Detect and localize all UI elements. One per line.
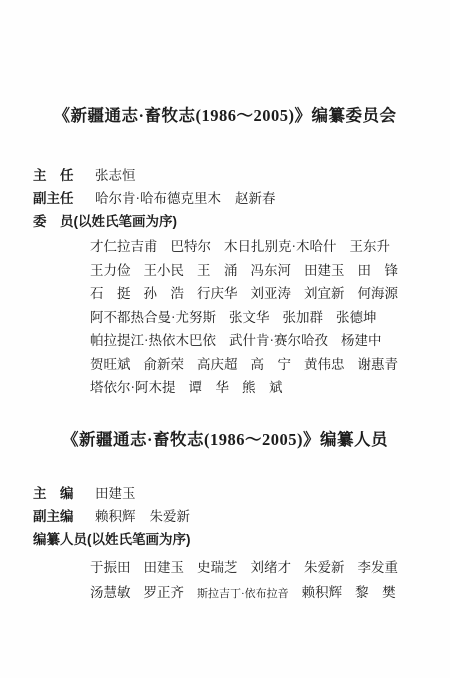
staff-name: 黎 樊 — [355, 580, 396, 605]
member-name: 王 涌 — [197, 259, 238, 283]
member-name: 石 挺 — [90, 282, 131, 306]
staff-name: 刘绪才 — [251, 555, 292, 580]
member-name: 张文华 — [229, 306, 270, 330]
chief-editor-name: 田建玉 — [95, 482, 136, 505]
staff-name: 田建玉 — [144, 555, 185, 580]
member-name: 田建玉 — [304, 259, 345, 283]
director-label: 主 任 — [33, 164, 95, 187]
member-row: 帕拉提江·热依木巴依 武什肯·赛尔哈孜 杨建中 — [90, 329, 450, 353]
committee-title: 《新疆通志·畜牧志(1986～2005)》编纂委员会 — [0, 0, 450, 128]
member-name: 武什肯·赛尔哈孜 — [229, 329, 328, 353]
member-name: 王力俭 — [90, 259, 131, 283]
staff-label-row: 编纂人员(以姓氏笔画为序) — [33, 528, 450, 551]
member-name: 张加群 — [283, 306, 324, 330]
member-name: 才仁拉吉甫 — [90, 235, 158, 259]
staff-row: 于振田 田建玉 史瑞芝 刘绪才 朱爱新 李发重 — [90, 555, 450, 580]
member-name: 熊 斌 — [242, 376, 283, 400]
members-label: 委 员(以姓氏笔画为序) — [33, 210, 177, 233]
staff-name: 史瑞芝 — [197, 555, 238, 580]
member-name: 巴特尔 — [171, 235, 212, 259]
chief-editor-row: 主 编 田建玉 — [33, 482, 450, 505]
member-name: 俞新荣 — [144, 353, 185, 377]
staff-name: 朱爱新 — [304, 555, 345, 580]
staff-name: 罗正齐 — [144, 580, 185, 605]
committee-roster: 主 任 张志恒 副主任 哈尔肯·哈布德克里木 赵新春 委 员(以姓氏笔画为序) … — [0, 164, 450, 400]
member-name: 高庆超 — [197, 353, 238, 377]
member-row: 塔依尔·阿木提 谭 华 熊 斌 — [90, 376, 450, 400]
staff-name: 李发重 — [358, 555, 399, 580]
member-name: 刘亚涛 — [251, 282, 292, 306]
chief-editor-label: 主 编 — [33, 482, 95, 505]
member-name: 黄伟忠 — [304, 353, 345, 377]
committee-members-label-row: 委 员(以姓氏笔画为序) — [33, 210, 450, 233]
member-name: 谢惠青 — [358, 353, 399, 377]
staff-label: 编纂人员(以姓氏笔画为序) — [33, 528, 191, 551]
member-row: 石 挺 孙 浩 行庆华 刘亚涛 刘宜新 何海源 — [90, 282, 450, 306]
deputy-director-name: 赵新春 — [235, 187, 276, 210]
member-name: 孙 浩 — [144, 282, 185, 306]
staff-row: 汤慧敏 罗正齐 斯拉吉丁·依布拉音 赖积辉 黎 樊 — [90, 580, 450, 607]
deputy-editor-name: 赖积辉 — [95, 505, 136, 528]
deputy-director-name: 哈尔肯·哈布德克里木 — [95, 187, 221, 210]
member-name: 刘宜新 — [304, 282, 345, 306]
member-name: 行庆华 — [197, 282, 238, 306]
member-name: 贺旺斌 — [90, 353, 131, 377]
editorial-staff-list: 于振田 田建玉 史瑞芝 刘绪才 朱爱新 李发重 汤慧敏 罗正齐 斯拉吉丁·依布拉… — [90, 555, 450, 607]
member-name: 帕拉提江·热依木巴依 — [90, 329, 216, 353]
member-name: 阿不都热合曼·尤努斯 — [90, 306, 216, 330]
deputy-editor-row: 副主编 赖积辉 朱爱新 — [33, 505, 450, 528]
member-name: 杨建中 — [341, 329, 382, 353]
member-name: 高 宁 — [251, 353, 292, 377]
committee-member-list: 才仁拉吉甫 巴特尔 木日扎别克·木哈什 王东升 王力俭 王小民 王 涌 冯东河 … — [90, 235, 450, 400]
member-name: 张德坤 — [336, 306, 377, 330]
member-row: 贺旺斌 俞新荣 高庆超 高 宁 黄伟忠 谢惠青 — [90, 353, 450, 377]
deputy-editor-names: 赖积辉 朱爱新 — [95, 505, 190, 528]
member-name: 木日扎别克·木哈什 — [224, 235, 337, 259]
member-row: 才仁拉吉甫 巴特尔 木日扎别克·木哈什 王东升 — [90, 235, 450, 259]
staff-name: 于振田 — [90, 555, 131, 580]
staff-name: 赖积辉 — [302, 580, 343, 605]
book-page: 《新疆通志·畜牧志(1986～2005)》编纂委员会 主 任 张志恒 副主任 哈… — [0, 0, 450, 678]
member-name: 谭 华 — [189, 376, 230, 400]
member-row: 王力俭 王小民 王 涌 冯东河 田建玉 田 锋 — [90, 259, 450, 283]
staff-name: 汤慧敏 — [90, 580, 131, 605]
member-name: 王东升 — [350, 235, 391, 259]
deputy-director-names: 哈尔肯·哈布德克里木 赵新春 — [95, 187, 276, 210]
member-name: 田 锋 — [358, 259, 399, 283]
deputy-director-label: 副主任 — [33, 187, 95, 210]
staff-name: 斯拉吉丁·依布拉音 — [197, 582, 289, 607]
deputy-editor-label: 副主编 — [33, 505, 95, 528]
deputy-editor-name: 朱爱新 — [150, 505, 191, 528]
editors-roster: 主 编 田建玉 副主编 赖积辉 朱爱新 编纂人员(以姓氏笔画为序) 于振田 田建… — [0, 482, 450, 607]
member-row: 阿不都热合曼·尤努斯 张文华 张加群 张德坤 — [90, 306, 450, 330]
editors-title: 《新疆通志·畜牧志(1986～2005)》编纂人员 — [0, 428, 450, 452]
committee-director-row: 主 任 张志恒 — [33, 164, 450, 187]
member-name: 塔依尔·阿木提 — [90, 376, 176, 400]
member-name: 何海源 — [358, 282, 399, 306]
committee-deputy-row: 副主任 哈尔肯·哈布德克里木 赵新春 — [33, 187, 450, 210]
member-name: 王小民 — [144, 259, 185, 283]
member-name: 冯东河 — [251, 259, 292, 283]
director-name: 张志恒 — [95, 164, 136, 187]
